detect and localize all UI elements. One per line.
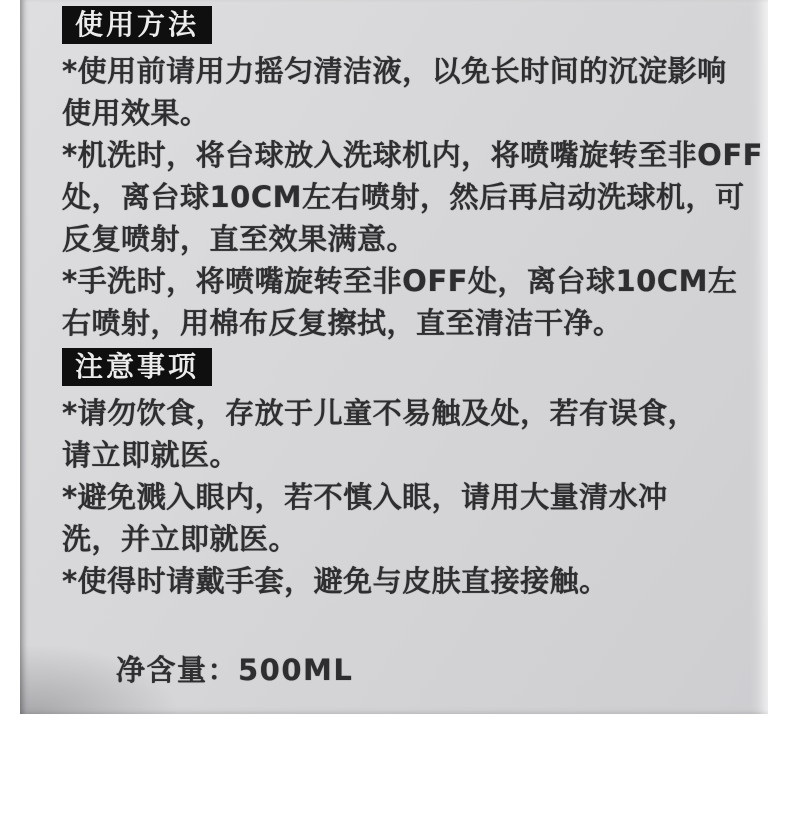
product-image-canvas: 使用方法 *使用前请用力摇匀清洁液，以免长时间的沉淀影响 使用效果。 *机洗时，… (0, 0, 790, 831)
section-heading-precautions: 注意事项 (62, 348, 212, 386)
instruction-line: *机洗时，将台球放入洗球机内，将喷嘴旋转至非OFF (62, 134, 768, 176)
precaution-line: *避免溅入眼内，若不慎入眼，请用大量清水冲 (62, 476, 768, 518)
precaution-line: *请勿饮食，存放于儿童不易触及处，若有误食， (62, 392, 768, 434)
label-photo-area: 使用方法 *使用前请用力摇匀清洁液，以免长时间的沉淀影响 使用效果。 *机洗时，… (20, 0, 768, 714)
instruction-line: 处，离台球10CM左右喷射，然后再启动洗球机，可 (62, 176, 768, 218)
instruction-line: *手洗时，将喷嘴旋转至非OFF处，离台球10CM左 (62, 260, 768, 302)
section-heading-usage: 使用方法 (62, 6, 212, 44)
net-content-text: 净含量：500ML (116, 648, 768, 689)
precaution-line: 请立即就医。 (62, 434, 768, 476)
instruction-line: 右喷射，用棉布反复擦拭，直至清洁干净。 (62, 302, 768, 344)
instruction-line: 反复喷射，直至效果满意。 (62, 218, 768, 260)
precaution-line: 洗，并立即就医。 (62, 518, 768, 560)
instruction-line: *使用前请用力摇匀清洁液，以免长时间的沉淀影响 (62, 50, 768, 92)
precaution-line: *使得时请戴手套，避免与皮肤直接接触。 (62, 560, 768, 602)
instruction-line: 使用效果。 (62, 92, 768, 134)
